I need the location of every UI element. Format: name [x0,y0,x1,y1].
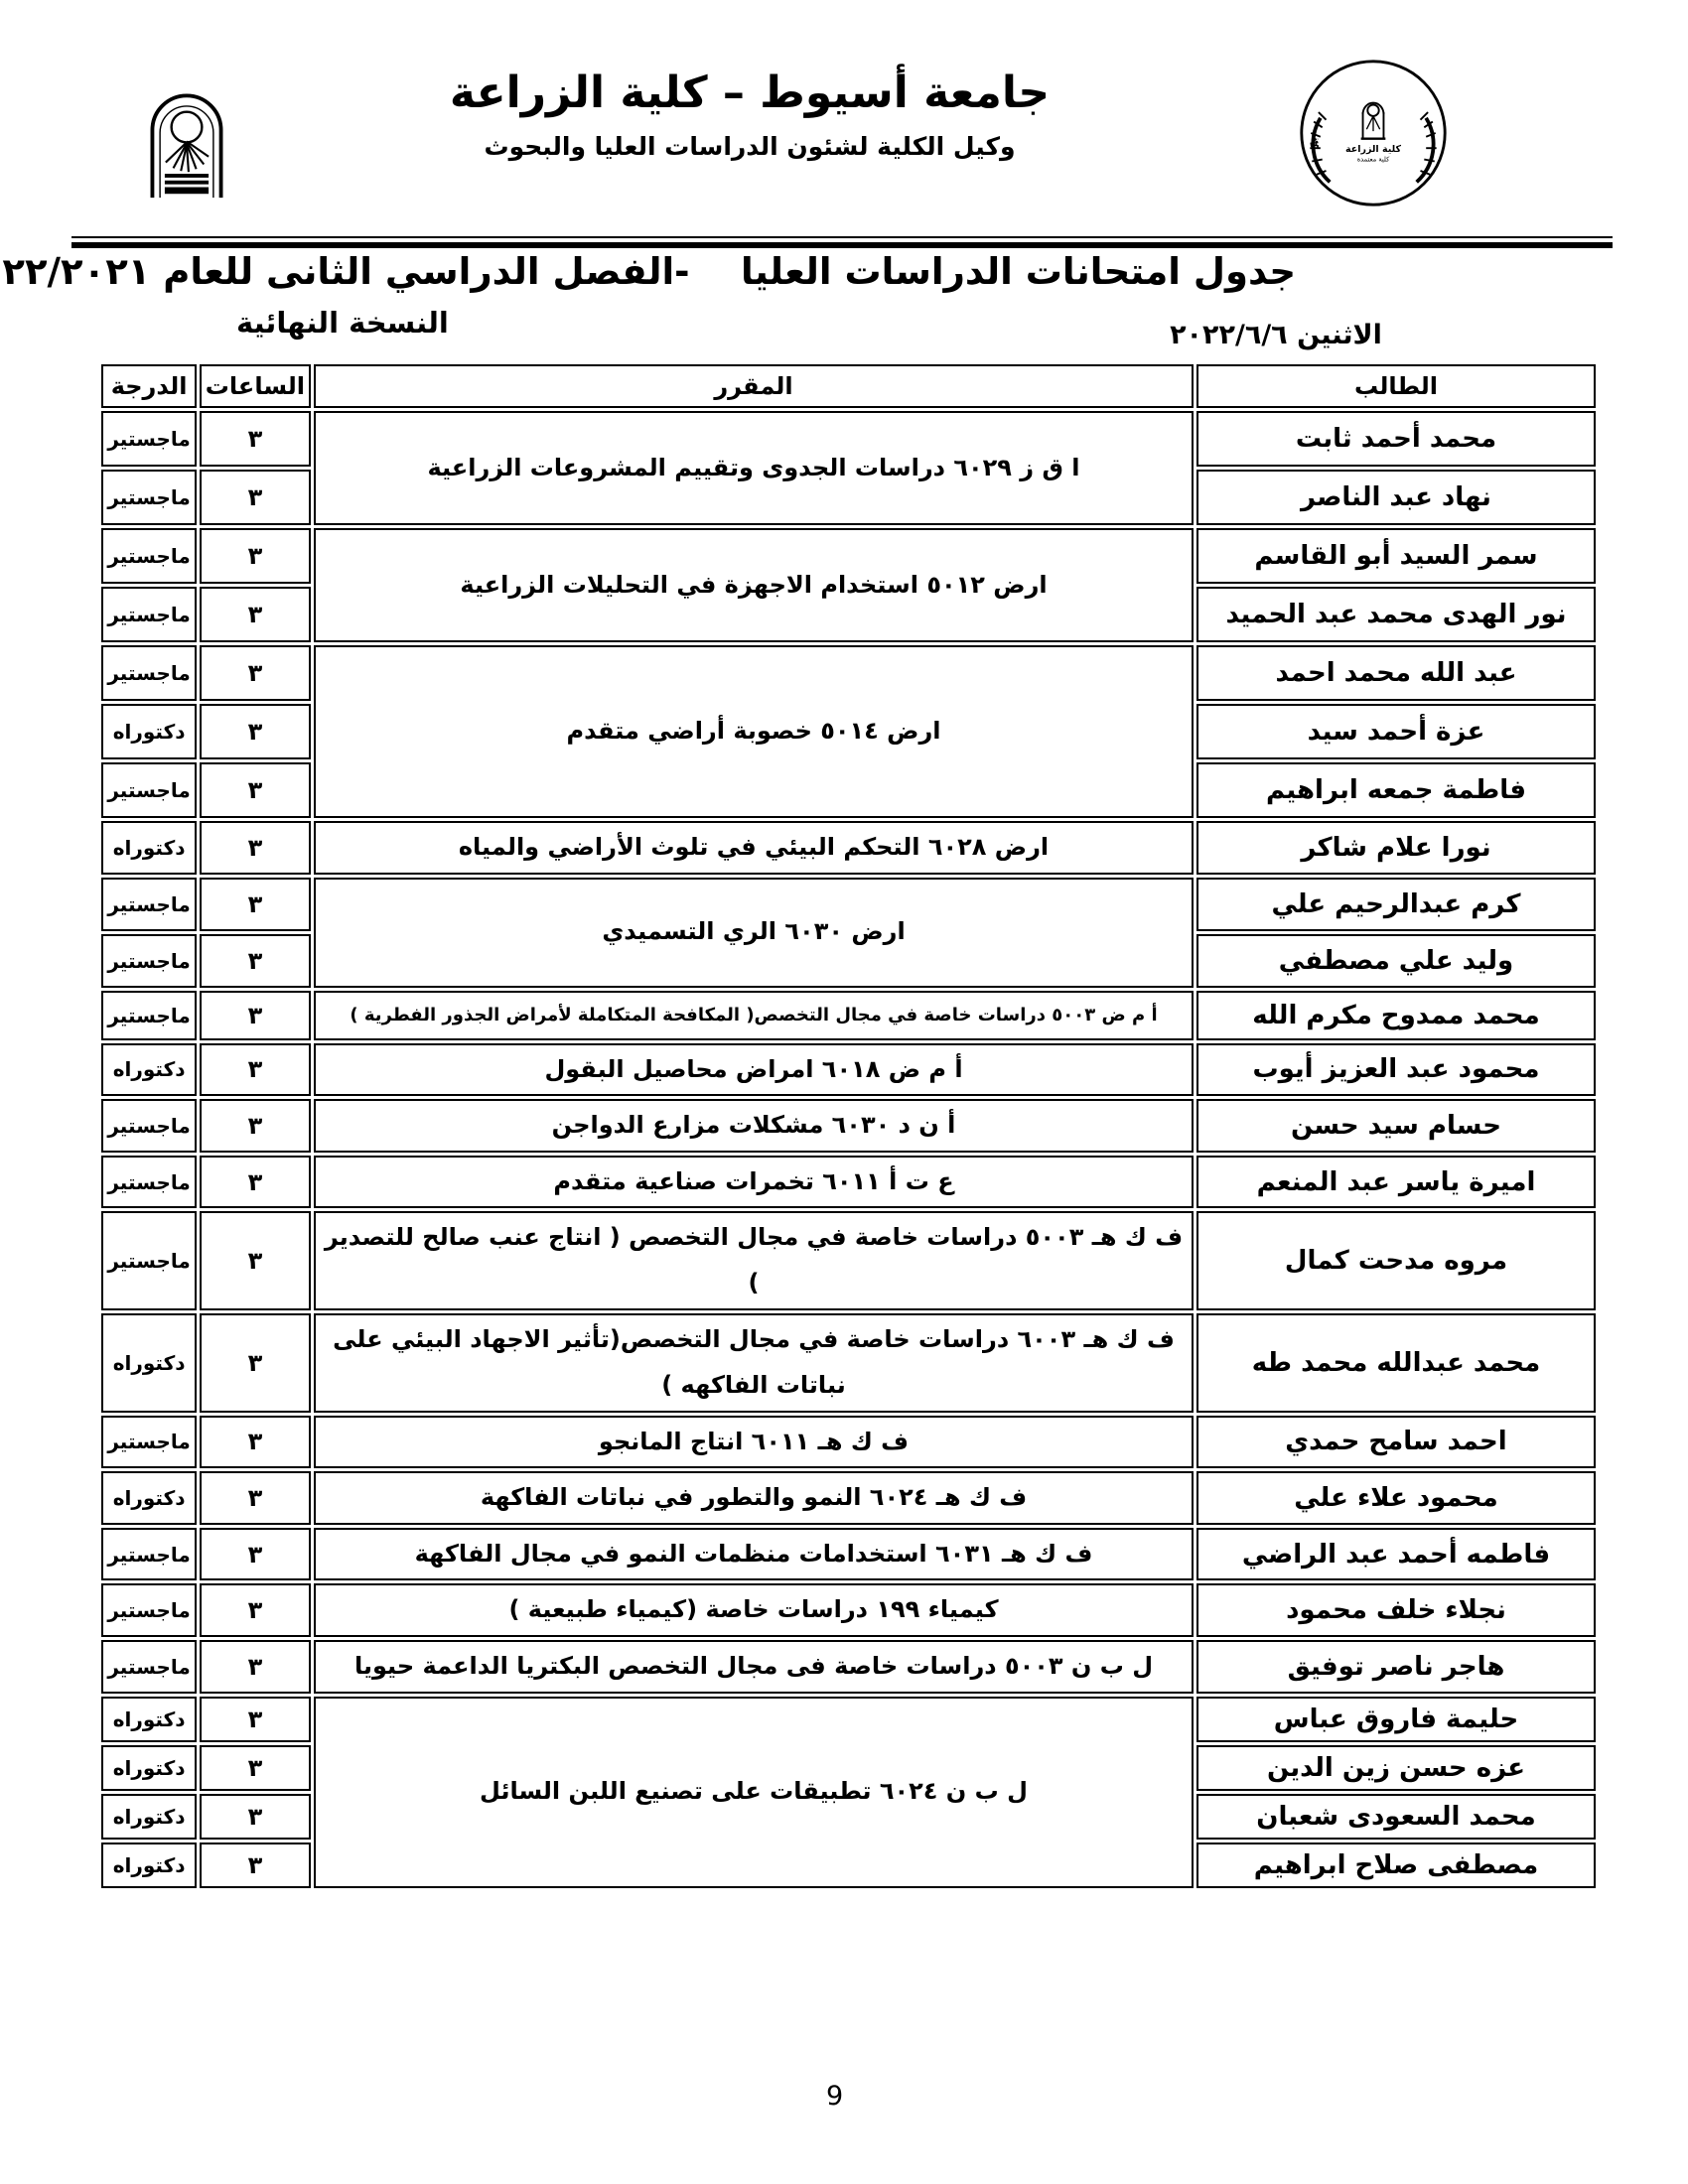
student-name-cell: سمر السيد أبو القاسم [1196,528,1596,584]
hours-cell: ٣ [200,704,311,759]
student-name-cell: محمد السعودى شعبان [1196,1794,1596,1840]
hours-cell: ٣ [200,1697,311,1742]
table-row: محمد عبدالله محمد طهف ك هـ ٦٠٠٣ دراسات خ… [101,1313,1596,1413]
hours-cell: ٣ [200,411,311,467]
student-name-cell: نجلاء خلف محمود [1196,1583,1596,1637]
hours-column-header: الساعات [200,364,311,408]
student-name-cell: مروه مدحت كمال [1196,1211,1596,1309]
student-name-cell: هاجر ناصر توفيق [1196,1640,1596,1694]
degree-cell: ماجستير [101,934,196,988]
student-name-cell: محمد عبدالله محمد طه [1196,1313,1596,1413]
course-cell: ارض ٥٠١٤ خصوبة أراضي متقدم [314,645,1194,818]
table-row: سمر السيد أبو القاسمارض ٥٠١٢ استخدام الا… [101,528,1596,584]
exam-date-label: الاثنين ٢٠٢٢/٦/٦ [1132,320,1420,350]
course-cell: ارض ٦٠٢٨ التحكم البيئي في تلوث الأراضي و… [314,821,1194,875]
course-cell: ف ك هـ ٦٠٢٤ النمو والتطور في نباتات الفا… [314,1471,1194,1525]
hours-cell: ٣ [200,1745,311,1791]
student-name-cell: فاطمه أحمد عبد الراضي [1196,1528,1596,1581]
hours-cell: ٣ [200,1794,311,1840]
degree-column-header: الدرجة [101,364,196,408]
table-row: محمد أحمد ثابتا ق ز ٦٠٢٩ دراسات الجدوى و… [101,411,1596,467]
degree-cell: ماجستير [101,1583,196,1637]
course-cell: ف ك هـ ٦٠٠٣ دراسات خاصة في مجال التخصص(ت… [314,1313,1194,1413]
hours-cell: ٣ [200,821,311,875]
degree-cell: دكتوراه [101,1471,196,1525]
student-name-cell: محمود عبد العزيز أيوب [1196,1043,1596,1097]
hours-cell: ٣ [200,1843,311,1888]
table-row: نجلاء خلف محمودكيمياء ١٩٩ دراسات خاصة (ك… [101,1583,1596,1637]
degree-cell: ماجستير [101,991,196,1040]
table-row: احمد سامح حمديف ك هـ ٦٠١١ انتاج المانجو٣… [101,1416,1596,1469]
course-cell: ف ك هـ ٥٠٠٣ دراسات خاصة في مجال التخصص (… [314,1211,1194,1309]
hours-cell: ٣ [200,878,311,931]
table-row: هاجر ناصر توفيقل ب ن ٥٠٠٣ دراسات خاصة فى… [101,1640,1596,1694]
table-row: كرم عبدالرحيم عليارض ٦٠٣٠ الري التسميدي٣… [101,878,1596,931]
hours-cell: ٣ [200,934,311,988]
course-cell: ف ك هـ ٦٠٣١ استخدامات منظمات النمو في مج… [314,1528,1194,1581]
degree-cell: ماجستير [101,1528,196,1581]
degree-cell: ماجستير [101,645,196,701]
course-column-header: المقرر [314,364,1194,408]
degree-cell: ماجستير [101,528,196,584]
degree-cell: دكتوراه [101,821,196,875]
degree-cell: ماجستير [101,1640,196,1694]
course-cell: ع ت أ ٦٠١١ تخمرات صناعية متقدم [314,1156,1194,1209]
degree-cell: دكتوراه [101,1697,196,1742]
table-row: محمود علاء عليف ك هـ ٦٠٢٤ النمو والتطور … [101,1471,1596,1525]
degree-cell: دكتوراه [101,1043,196,1097]
student-name-cell: عزه حسن زين الدين [1196,1745,1596,1791]
exam-schedule-table: الطالب المقرر الساعات الدرجة محمد أحمد ث… [98,361,1599,1891]
hours-cell: ٣ [200,1640,311,1694]
student-name-cell: محمود علاء علي [1196,1471,1596,1525]
course-cell: ل ب ن ٥٠٠٣ دراسات خاصة فى مجال التخصص ال… [314,1640,1194,1694]
student-name-cell: نهاد عبد الناصر [1196,470,1596,525]
department-subtitle: وكيل الكلية لشئون الدراسات العليا والبحو… [99,132,1400,161]
student-name-cell: عبد الله محمد احمد [1196,645,1596,701]
student-name-cell: احمد سامح حمدي [1196,1416,1596,1469]
degree-cell: دكتوراه [101,1843,196,1888]
student-name-cell: نور الهدى محمد عبد الحميد [1196,587,1596,642]
hours-cell: ٣ [200,1211,311,1309]
schedule-table-body: محمد أحمد ثابتا ق ز ٦٠٢٩ دراسات الجدوى و… [101,411,1596,1888]
student-name-cell: فاطمة جمعه ابراهيم [1196,762,1596,818]
student-name-cell: حليمة فاروق عباس [1196,1697,1596,1742]
student-name-cell: وليد علي مصطفي [1196,934,1596,988]
table-row: نورا علام شاكرارض ٦٠٢٨ التحكم البيئي في … [101,821,1596,875]
hours-cell: ٣ [200,1313,311,1413]
degree-cell: دكتوراه [101,704,196,759]
table-row: مروه مدحت كمالف ك هـ ٥٠٠٣ دراسات خاصة في… [101,1211,1596,1309]
version-label: النسخة النهائية [236,306,449,340]
degree-cell: ماجستير [101,470,196,525]
degree-cell: ماجستير [101,878,196,931]
student-name-cell: عزة أحمد سيد [1196,704,1596,759]
document-page: { "header": { "university_title": "جامعة… [0,0,1688,2184]
page-number: 9 [826,2081,843,2112]
student-column-header: الطالب [1196,364,1596,408]
hours-cell: ٣ [200,1583,311,1637]
course-cell: ارض ٥٠١٢ استخدام الاجهزة في التحليلات ال… [314,528,1194,642]
student-name-cell: كرم عبدالرحيم علي [1196,878,1596,931]
course-cell: أ م ض ٥٠٠٣ دراسات خاصة في مجال التخصص( ا… [314,991,1194,1040]
student-name-cell: محمد أحمد ثابت [1196,411,1596,467]
hours-cell: ٣ [200,645,311,701]
degree-cell: دكتوراه [101,1745,196,1791]
degree-cell: ماجستير [101,1416,196,1469]
course-cell: ف ك هـ ٦٠١١ انتاج المانجو [314,1416,1194,1469]
course-cell: أ م ض ٦٠١٨ امراض محاصيل البقول [314,1043,1194,1097]
document-title: جدول امتحانات الدراسات العليا -الفصل الد… [0,250,1296,293]
student-name-cell: اميرة ياسر عبد المنعم [1196,1156,1596,1209]
table-row: اميرة ياسر عبد المنعمع ت أ ٦٠١١ تخمرات ص… [101,1156,1596,1209]
hours-cell: ٣ [200,991,311,1040]
course-cell: ا ق ز ٦٠٢٩ دراسات الجدوى وتقييم المشروعا… [314,411,1194,525]
student-name-cell: محمد ممدوح مكرم الله [1196,991,1596,1040]
degree-cell: ماجستير [101,1156,196,1209]
degree-cell: ماجستير [101,411,196,467]
degree-cell: ماجستير [101,1099,196,1153]
hours-cell: ٣ [200,1156,311,1209]
degree-cell: دكتوراه [101,1313,196,1413]
course-cell: كيمياء ١٩٩ دراسات خاصة (كيمياء طبيعية ) [314,1583,1194,1637]
degree-cell: ماجستير [101,1211,196,1309]
course-cell: أ ن د ٦٠٣٠ مشكلات مزارع الدواجن [314,1099,1194,1153]
table-row: محمود عبد العزيز أيوبأ م ض ٦٠١٨ امراض مح… [101,1043,1596,1097]
university-title: جامعة أسيوط – كلية الزراعة [99,68,1400,118]
table-row: عبد الله محمد احمدارض ٥٠١٤ خصوبة أراضي م… [101,645,1596,701]
hours-cell: ٣ [200,1528,311,1581]
hours-cell: ٣ [200,1471,311,1525]
hours-cell: ٣ [200,1043,311,1097]
degree-cell: ماجستير [101,762,196,818]
course-cell: ارض ٦٠٣٠ الري التسميدي [314,878,1194,988]
course-cell: ل ب ن ٦٠٢٤ تطبيقات على تصنيع اللبن السائ… [314,1697,1194,1888]
header-divider-rule [71,236,1613,248]
degree-cell: ماجستير [101,587,196,642]
hours-cell: ٣ [200,587,311,642]
table-header-row: الطالب المقرر الساعات الدرجة [101,364,1596,408]
table-row: محمد ممدوح مكرم اللهأ م ض ٥٠٠٣ دراسات خا… [101,991,1596,1040]
hours-cell: ٣ [200,1416,311,1469]
page-header: جامعة أسيوط – كلية الزراعة وكيل الكلية ل… [99,68,1400,161]
table-row: حسام سيد حسنأ ن د ٦٠٣٠ مشكلات مزارع الدو… [101,1099,1596,1153]
table-row: فاطمه أحمد عبد الراضيف ك هـ ٦٠٣١ استخدام… [101,1528,1596,1581]
hours-cell: ٣ [200,1099,311,1153]
student-name-cell: حسام سيد حسن [1196,1099,1596,1153]
hours-cell: ٣ [200,528,311,584]
hours-cell: ٣ [200,470,311,525]
table-row: حليمة فاروق عباسل ب ن ٦٠٢٤ تطبيقات على ت… [101,1697,1596,1742]
hours-cell: ٣ [200,762,311,818]
degree-cell: دكتوراه [101,1794,196,1840]
student-name-cell: نورا علام شاكر [1196,821,1596,875]
student-name-cell: مصطفى صلاح ابراهيم [1196,1843,1596,1888]
